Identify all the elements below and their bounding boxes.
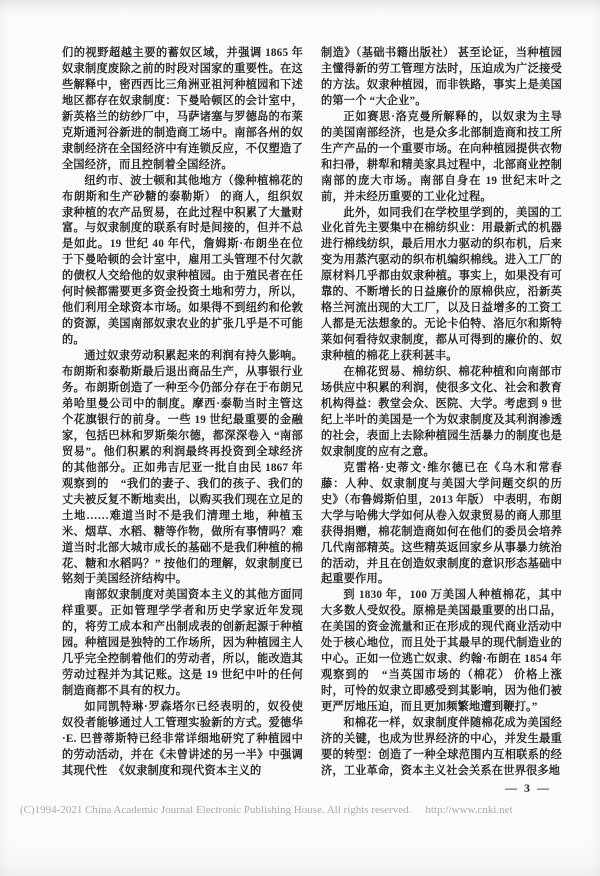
text-columns: 们的视野超越主要的蓄奴区域，并强调 1865 年奴隶制度废除之前的时段对国家的重… [62, 46, 562, 788]
paragraph: 到 1830 年，100 万美国人种植棉花，其中大多数人受奴役。原棉是美国最重要… [321, 588, 562, 716]
paragraph: 南部奴隶制度对美国资本主义的其他方面同样重要。正如管理学学者和历史学家近年发现的… [62, 588, 303, 700]
paragraph: 在棉花贸易、棉纺织、棉花种植和向南部市场供应中积累的利润，使很多文化、社会和教育… [321, 365, 562, 461]
copyright-text: (C)1994-2021 China Academic Journal Elec… [20, 804, 411, 816]
footer: (C)1994-2021 China Academic Journal Elec… [20, 804, 580, 816]
paragraph: 通过奴隶劳动积累起来的利润有持久影响。布朗斯和泰勒斯最后退出商品生产，从事银行业… [62, 349, 303, 588]
paragraph: 制造》（基础书籍出版社） 甚至论证，当种植园主懂得新的劳工管理方法时，压迫成为广… [321, 46, 562, 110]
paragraph: 纽约市、波士顿和其他地方（像种植棉花的布朗斯和生产砂糖的泰勒斯） 的商人，组织奴… [62, 174, 303, 349]
document-page: 们的视野超越主要的蓄奴区域，并强调 1865 年奴隶制度废除之前的时段对国家的重… [0, 0, 600, 876]
paragraph: 如同凯特琳·罗森塔尔已经表明的，奴役使奴役者能够通过人工管理实验新的方式。爱德华… [62, 700, 303, 780]
paragraph: 和棉花一样，奴隶制度伴随棉花成为美国经济的关键，也成为世界经济的中心，并发生最重… [321, 716, 562, 780]
paragraph: 们的视野超越主要的蓄奴区域，并强调 1865 年奴隶制度废除之前的时段对国家的重… [62, 46, 303, 174]
paragraph: 此外，如同我们在学校里学到的，美国的工业化首先主要集中在棉纺织业：用最新式的机器… [321, 206, 562, 366]
right-column: 制造》（基础书籍出版社） 甚至论证，当种植园主懂得新的劳工管理方法时，压迫成为广… [321, 46, 562, 788]
page-number: — 3 — [478, 781, 578, 796]
paragraph: 正如赛思·洛克曼所解释的，以奴隶为主导的美国南部经济，也是众多北部制造商和技工所… [321, 110, 562, 206]
cnki-url: http://www.cnki.net [425, 804, 512, 816]
left-column: 们的视野超越主要的蓄奴区域，并强调 1865 年奴隶制度废除之前的时段对国家的重… [62, 46, 303, 788]
paragraph: 克雷格·史蒂文·维尔德已在《乌木和常春藤：人种、奴隶制度与美国大学问题交织的历史… [321, 461, 562, 589]
